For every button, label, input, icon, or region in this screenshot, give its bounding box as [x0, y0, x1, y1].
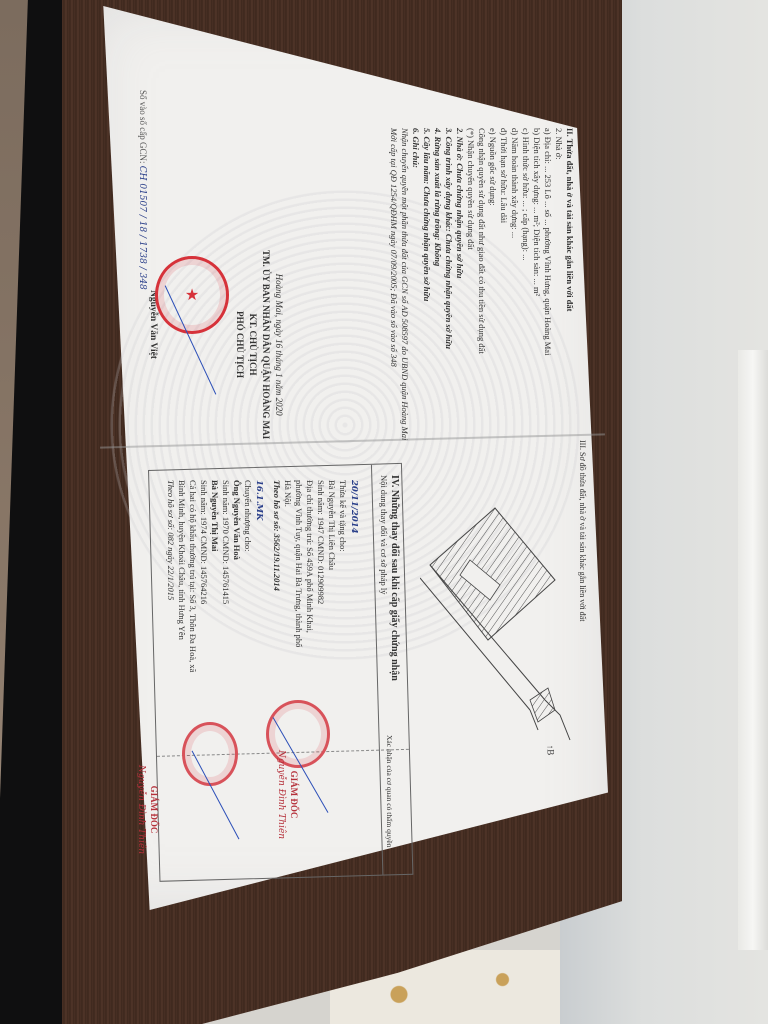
section-ii-line: 6. Ghi chú:	[410, 128, 421, 440]
confirm-signer: Nguyễn Đình Thiên	[274, 750, 287, 839]
entry-line: Chuyển nhượng cho:	[242, 480, 253, 672]
entry-line: Hà Nội.	[282, 480, 293, 672]
registration-number: Số vào sổ cấp GCN: CH 01507 / 18 / 1738 …	[136, 90, 148, 290]
entry-2: 16.1.MK Chuyển nhượng cho: Ông Nguyễn Vă…	[165, 480, 265, 672]
entry-line: Bà Nguyễn Thị Liên Châu	[326, 480, 337, 672]
section-iv-entries: 20/11/2014 Thừa kế và tặng cho: Bà Nguyễ…	[165, 480, 360, 672]
red-official-stamp: ★	[155, 256, 229, 334]
section-iv-header: IV. Những thay đổi sau khi cấp giấy chứn…	[378, 475, 400, 681]
section-ii-line: e) Nguồn gốc sử dụng:	[487, 128, 498, 440]
entry-line: Địa chỉ thường trú: Số 459A phố Minh Kha…	[304, 480, 315, 672]
section-iv-title: IV. Những thay đổi sau khi cấp giấy chứn…	[389, 475, 400, 681]
land-certificate-document: II. Thửa đất, nhà ở và tài sản khác gắn …	[0, 0, 768, 1024]
land-plot-diagram	[420, 500, 580, 750]
entry-line: Sinh năm: 1970 CMND: 145761415	[220, 480, 231, 672]
signature-block-left: Hoàng Mai, ngày 16 tháng 1 năm 2020 TM. …	[233, 250, 285, 439]
section-ii-line: 2. Nhà ở:	[553, 128, 564, 440]
section-ii: II. Thửa đất, nhà ở và tài sản khác gắn …	[388, 128, 575, 440]
section-ii-line: 5. Cây lâu năm: Chưa chứng nhận quyền sở…	[421, 128, 432, 440]
title-line: PHÓ CHỦ TỊCH	[233, 250, 246, 439]
registration-value: CH 01507 / 18 / 1738 / 348	[137, 166, 147, 290]
section-ii-line: 2. Nhà ở: Chưa chứng nhận quyền sở hữu	[454, 128, 465, 440]
section-ii-line: b) Diện tích xây dựng: ... m²; Diện tích…	[531, 128, 542, 440]
column-header-content: Nội dung thay đổi và cơ sở pháp lý	[378, 475, 389, 681]
registration-label: Số vào sổ cấp GCN:	[138, 90, 148, 164]
north-label: B	[545, 749, 555, 755]
section-ii-line: (*) Nhận chuyển quyền sử dụng đất	[465, 128, 476, 440]
date-line: Hoàng Mai, ngày 16 tháng 1 năm 2020	[272, 250, 285, 439]
section-ii-line: Mới cấp tại QĐ 1254/QĐHM ngày 07/09/2005…	[388, 128, 399, 440]
confirm-title: GIÁM ĐỐC	[147, 765, 160, 854]
section-ii-line: 3. Công trình xây dựng khác: Chưa chứng …	[443, 128, 454, 440]
entry-line: phường Vĩnh Tuy, quận Hai Bà Trưng, thàn…	[293, 480, 304, 672]
entry-line: Ông Nguyễn Văn Hoà	[231, 480, 242, 672]
red-official-stamp	[182, 722, 238, 786]
kt-line: KT. CHỦ TỊCH	[246, 250, 259, 439]
entry-line: Sinh năm: 1974 CMND: 145764216	[198, 480, 209, 672]
entry-1: 20/11/2014 Thừa kế và tặng cho: Bà Nguyễ…	[271, 480, 360, 672]
column-header-confirm: Xác nhận của cơ quan có thẩm quyền	[384, 735, 395, 847]
confirm-signer: Nguyễn Đình Thiên	[134, 765, 147, 854]
confirm-title: GIÁM ĐỐC	[287, 750, 300, 839]
section-ii-title: II. Thửa đất, nhà ở và tài sản khác gắn …	[564, 128, 575, 440]
section-ii-line: Nhận chuyển quyền một phần thửa đất của …	[399, 128, 410, 440]
entry-line: Sinh năm: 1947 CMND: 012909982	[315, 480, 326, 672]
section-ii-line: 4. Rừng sản xuất là rừng trồng: Không	[432, 128, 443, 440]
section-ii-line: đ) Thời hạn sở hữu: Lâu dài	[498, 128, 509, 440]
confirmation-signatures: GIÁM ĐỐC Nguyễn Đình Thiên	[134, 765, 160, 854]
entry-line: Bà Nguyễn Thị Mai	[209, 480, 220, 672]
section-ii-line: d) Năm hoàn thành xây dựng: ...	[509, 128, 520, 440]
org-line: TM. ỦY BAN NHÂN DÂN QUẬN HOÀNG MAI	[259, 250, 272, 439]
entry-line: Thừa kế và tặng cho:	[337, 480, 348, 672]
entry-date: 16.1.MK	[254, 480, 264, 520]
star-icon: ★	[185, 285, 199, 305]
entry-line: Theo hồ sơ số: 082 ngày 22/1/2015	[165, 480, 176, 672]
entry-line: Bình Minh, huyện Khoái Châu, tỉnh Hưng Y…	[176, 480, 187, 672]
entry-line: Cả hai có hộ khẩu thường trú tại: Số 3, …	[187, 480, 198, 672]
confirmation-signatures: GIÁM ĐỐC Nguyễn Đình Thiên	[274, 750, 300, 839]
section-ii-line: a) Địa chỉ: ... 253 Lô ... số ... phường…	[542, 128, 553, 440]
entry-line: Theo hồ sơ số: 3562/19.11.2014	[271, 480, 282, 672]
section-ii-line: c) Hình thức sở hữu: ... ; cấp (hạng): .…	[520, 128, 531, 440]
section-ii-line: Công nhận quyền sử dụng đất như giao đất…	[476, 128, 487, 440]
north-arrow-icon: ↑B	[545, 745, 555, 756]
entry-date: 20/11/2014	[349, 480, 359, 534]
